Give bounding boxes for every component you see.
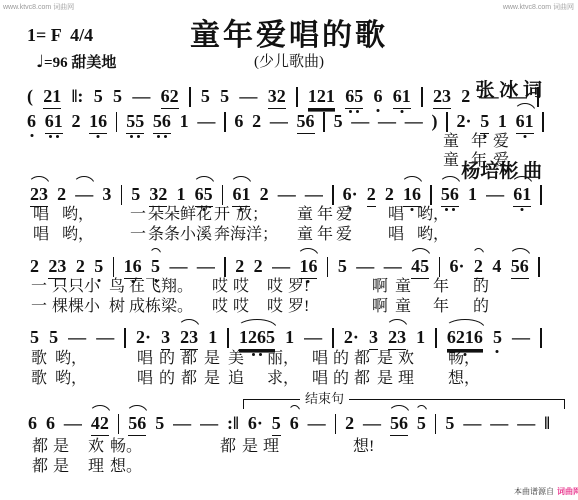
- note-token: —: [68, 327, 86, 348]
- note-token: —: [200, 413, 218, 434]
- note-token: 6216: [447, 327, 483, 350]
- note-token: 1: [285, 327, 294, 348]
- lyric-text: 的: [333, 370, 349, 387]
- barline: [435, 328, 437, 348]
- notation-line: (21‖:55—6255—3212165661232——: [27, 86, 539, 110]
- note-token: 2: [254, 256, 263, 277]
- note-token: 5: [155, 413, 164, 434]
- note-token: —: [304, 327, 322, 348]
- lyric-text: 年: [471, 152, 487, 169]
- lyric-text: 是: [377, 350, 393, 367]
- barline: [335, 414, 337, 434]
- note-token: 23: [180, 327, 198, 350]
- notation-line: 66—42565——:‖6·56—2—5655———‖: [28, 413, 550, 437]
- barline: [327, 257, 329, 277]
- lyric-text: 奔海洋；: [214, 226, 278, 243]
- note-token: 2: [30, 256, 39, 277]
- barline: [421, 87, 423, 107]
- octave-dot: [521, 135, 528, 138]
- lyric-text: 爱: [493, 133, 509, 150]
- barline: [113, 257, 115, 277]
- note-token: 2: [260, 184, 269, 205]
- lyric-text: 一: [31, 298, 47, 315]
- note-token: 5: [94, 256, 103, 277]
- lyric-text: 美: [228, 350, 244, 367]
- lyric-text: 的: [159, 350, 175, 367]
- lyric-text: 是: [242, 438, 258, 455]
- note-token: —: [308, 413, 326, 434]
- note-token: —: [305, 184, 323, 205]
- note-token: 16: [89, 111, 107, 134]
- lyric-text: 棵棵小: [52, 298, 100, 315]
- lyric-text: 求，: [267, 370, 299, 387]
- lyric-text: 在飞翔。: [129, 278, 193, 295]
- note-token: 6·: [248, 413, 263, 434]
- lyric-text: 都: [32, 458, 48, 475]
- lyric-text: 唱: [137, 350, 153, 367]
- note-token: 56: [441, 184, 459, 207]
- octave-dot: [28, 134, 35, 137]
- lyric-text: 哎: [267, 298, 283, 315]
- note-token: 45: [411, 256, 429, 279]
- note-token: —: [239, 86, 257, 107]
- lyric-text: 年: [317, 226, 333, 243]
- source-note: 本曲谱源自: [514, 486, 554, 497]
- note-token: 5: [220, 86, 229, 107]
- barline: [332, 328, 334, 348]
- note-token: (: [27, 86, 33, 107]
- lyric-text: 想!: [353, 438, 374, 455]
- note-token: 61: [45, 111, 63, 134]
- note-token: 6·: [450, 256, 465, 277]
- lyric-text: 童: [443, 152, 459, 169]
- quarter-note-icon: ♩: [36, 52, 44, 72]
- note-token: —: [197, 111, 215, 132]
- note-token: 1: [468, 184, 477, 205]
- note-token: 2: [367, 184, 376, 207]
- note-token: —: [481, 86, 499, 107]
- note-token: 56: [153, 111, 171, 134]
- barline: [116, 112, 118, 132]
- note-token: 2: [57, 184, 66, 205]
- note-token: 16: [124, 256, 142, 279]
- note-token: 2: [345, 413, 354, 434]
- note-token: 5: [131, 184, 140, 205]
- lyric-text: 丽，: [267, 350, 299, 367]
- barline: [224, 257, 226, 277]
- note-token: 5: [334, 111, 343, 132]
- note-token: 16: [403, 184, 421, 207]
- lyric-text: 哎: [233, 298, 249, 315]
- note-token: —: [64, 413, 82, 434]
- note-token: —: [96, 327, 114, 348]
- lyric-text: 唱: [388, 206, 404, 223]
- octave-dot: [128, 135, 142, 138]
- note-token: 61: [516, 111, 534, 134]
- lyric-text: 哎: [212, 278, 228, 295]
- note-token: —: [356, 256, 374, 277]
- barline: [537, 87, 539, 107]
- lyric-text: 都: [181, 370, 197, 387]
- lyric-text: 一: [130, 206, 146, 223]
- lyric-text: 都: [181, 350, 197, 367]
- note-token: 1: [416, 327, 425, 348]
- barline: [189, 87, 191, 107]
- lyric-text: 畅，: [448, 350, 480, 367]
- octave-dot: [519, 208, 526, 211]
- lyric-text: 唱: [312, 370, 328, 387]
- note-token: —: [490, 413, 508, 434]
- source-site-link[interactable]: 词曲网: [557, 486, 578, 497]
- lyric-text: 唱: [312, 350, 328, 367]
- lyric-text: 理: [263, 438, 279, 455]
- note-token: —: [169, 256, 187, 277]
- note-token: 62: [161, 86, 179, 109]
- lyric-text: 唱: [137, 370, 153, 387]
- note-token: 2: [252, 111, 261, 132]
- barline: [540, 328, 542, 348]
- note-token: ): [431, 111, 437, 132]
- lyric-text: 罗!: [288, 278, 309, 295]
- note-token: 42: [91, 413, 109, 436]
- lyric-text: 鸟: [109, 278, 125, 295]
- octave-dot: [95, 135, 102, 138]
- note-token: 65: [195, 184, 213, 207]
- note-token: —: [278, 184, 296, 205]
- barline: [227, 328, 229, 348]
- lyric-text: 歌: [31, 350, 47, 367]
- lyric-text: 哎: [233, 278, 249, 295]
- lyric-text: 是: [53, 438, 69, 455]
- note-token: 3: [369, 327, 378, 350]
- note-token: —: [463, 413, 481, 434]
- note-token: 2: [461, 86, 470, 107]
- lyric-text: 哟，: [62, 206, 94, 223]
- lyric-text: 哟，: [62, 226, 94, 243]
- note-token: 1: [180, 111, 189, 132]
- note-token: 2: [235, 256, 244, 277]
- lyric-text: 啊: [372, 278, 388, 295]
- note-token: 1: [176, 184, 185, 205]
- note-token: —: [384, 256, 402, 277]
- note-token: —: [486, 184, 504, 205]
- lyric-text: 哟，: [417, 206, 449, 223]
- note-token: 2·: [136, 327, 151, 348]
- lyric-text: 是: [204, 370, 220, 387]
- note-token: —: [512, 327, 530, 348]
- note-token: :‖: [227, 413, 239, 434]
- lyric-text: 是: [53, 458, 69, 475]
- tempo-marking: ♩=96 甜美地: [36, 51, 116, 72]
- barline: [430, 185, 432, 205]
- lyric-text: 都: [354, 350, 370, 367]
- note-token: —: [378, 111, 396, 132]
- barline: [121, 185, 123, 205]
- lyric-text: 童: [297, 206, 313, 223]
- lyric-text: 欢: [88, 438, 104, 455]
- note-token: 5: [480, 111, 489, 134]
- lyric-text: 童: [395, 298, 411, 315]
- note-token: 61: [393, 86, 411, 109]
- note-token: 61: [232, 184, 250, 207]
- note-token: 32: [149, 184, 167, 207]
- lyric-text: 理: [398, 370, 414, 387]
- lyric-text: 都: [220, 438, 236, 455]
- barline: [124, 328, 126, 348]
- note-token: 2·: [344, 327, 359, 348]
- note-token: —: [173, 413, 191, 434]
- notation-line: 66121655561—62—565———)2·5161: [27, 111, 544, 135]
- note-token: 5: [338, 256, 347, 277]
- note-token: 5: [272, 413, 281, 436]
- note-token: 23: [433, 86, 451, 109]
- lyric-text: 童: [297, 226, 313, 243]
- barline: [538, 257, 540, 277]
- barline: [435, 414, 437, 434]
- note-token: —: [405, 111, 423, 132]
- note-token: 2: [385, 184, 394, 205]
- lyric-text: 理: [88, 458, 104, 475]
- barline: [224, 112, 226, 132]
- note-token: 56: [128, 413, 146, 436]
- note-token: 6: [46, 413, 55, 434]
- note-token: 3: [161, 327, 170, 350]
- lyric-text: 是: [377, 370, 393, 387]
- note-token: 2: [71, 111, 80, 132]
- barline: [332, 185, 334, 205]
- lyric-text: 哎: [267, 278, 283, 295]
- note-token: 56: [390, 413, 408, 436]
- lyric-text: 畅。: [110, 438, 142, 455]
- lyric-text: 的: [333, 350, 349, 367]
- octave-dot: [47, 135, 61, 138]
- note-token: 5: [493, 327, 502, 348]
- note-token: 56: [511, 256, 529, 279]
- notation-line: 22325165——22—165——456·2456: [30, 256, 540, 280]
- lyric-text: 爱: [336, 206, 352, 223]
- barline: [118, 414, 120, 434]
- note-token: 56: [297, 111, 315, 134]
- note-token: ‖:: [72, 86, 84, 107]
- note-token: —: [363, 413, 381, 434]
- note-token: 121: [308, 86, 335, 109]
- note-token: 23: [48, 256, 66, 279]
- note-token: 5: [30, 327, 39, 348]
- lyric-text: 都: [354, 370, 370, 387]
- note-token: —: [197, 256, 215, 277]
- note-token: ‖: [544, 413, 550, 434]
- lyric-text: 童: [443, 133, 459, 150]
- lyric-text: 爱: [493, 152, 509, 169]
- lyric-text: 是: [204, 350, 220, 367]
- note-token: 5: [113, 86, 122, 107]
- lyric-text: 的: [473, 298, 489, 315]
- barline: [439, 257, 441, 277]
- sheet-music-page: www.ktvc8.com 词曲网 www.ktvc8.com 词曲网 童年爱唱…: [0, 0, 578, 500]
- lyric-text: 成栋梁。: [129, 298, 193, 315]
- tempo-mood: 甜美地: [68, 55, 117, 71]
- note-token: —: [270, 111, 288, 132]
- note-token: 55: [126, 111, 144, 134]
- lyric-text: 爱: [336, 226, 352, 243]
- lyric-text: 童: [395, 278, 411, 295]
- note-token: 4: [492, 256, 501, 277]
- note-token: 61: [513, 184, 531, 207]
- note-token: 1: [498, 111, 507, 132]
- lyric-text: 年: [471, 133, 487, 150]
- note-token: —: [75, 184, 93, 205]
- note-token: 2·: [456, 111, 471, 132]
- note-token: 32: [268, 86, 286, 109]
- lyric-text: 的: [473, 278, 489, 295]
- note-token: 5: [445, 413, 454, 434]
- lyric-text: 一: [130, 226, 146, 243]
- lyric-text: 朵朵鲜花: [148, 206, 212, 223]
- note-token: 1265: [239, 327, 275, 350]
- notation-line: 232—3532165612——6·2216561—61: [30, 184, 542, 208]
- note-token: 3: [102, 184, 111, 205]
- note-token: 16: [299, 256, 317, 279]
- lyric-text: 开: [214, 206, 230, 223]
- note-token: 6·: [343, 184, 358, 205]
- note-token: 6: [27, 111, 36, 132]
- lyric-text: 想。: [110, 458, 142, 475]
- tempo-value: =96: [44, 55, 68, 71]
- note-token: 23: [388, 327, 406, 350]
- note-token: 23: [30, 184, 48, 207]
- ending-phrase-label: 结束句: [300, 391, 349, 406]
- note-token: 21: [43, 86, 61, 109]
- octave-dot: [250, 353, 264, 356]
- note-token: 6: [373, 86, 382, 107]
- note-token: 2: [76, 256, 85, 277]
- ending-phrase-bracket: [243, 399, 565, 409]
- barline: [323, 112, 325, 132]
- lyric-text: 哟，: [55, 370, 87, 387]
- note-token: 6: [290, 413, 299, 434]
- lyric-text: 年: [433, 278, 449, 295]
- octave-dot: [409, 208, 416, 211]
- barline: [446, 112, 448, 132]
- note-token: 5: [151, 256, 160, 277]
- lyric-text: 的: [159, 370, 175, 387]
- lyric-text: 想，: [448, 370, 480, 387]
- octave-dot: [494, 350, 501, 353]
- barline: [296, 87, 298, 107]
- note-token: 5: [201, 86, 210, 107]
- lyric-text: 追: [228, 370, 244, 387]
- lyric-text: 唱: [33, 206, 49, 223]
- lyric-text: 唱: [33, 226, 49, 243]
- note-token: 6: [28, 413, 37, 434]
- barline: [542, 112, 544, 132]
- lyric-text: 条条小溪: [148, 226, 212, 243]
- note-token: 1: [208, 327, 217, 348]
- lyric-text: 一: [31, 278, 47, 295]
- lyric-text: 哎: [212, 298, 228, 315]
- lyric-text: 只只小: [52, 278, 100, 295]
- notation-line: 55——2·323112651—2·323162165—: [30, 327, 542, 351]
- note-token: —: [132, 86, 150, 107]
- lyric-text: 歌: [31, 370, 47, 387]
- barline: [222, 185, 224, 205]
- lyric-text: 树: [109, 298, 125, 315]
- lyric-text: 年: [317, 206, 333, 223]
- lyric-text: 罗!: [288, 298, 309, 315]
- barline: [540, 185, 542, 205]
- note-token: 6: [234, 111, 243, 132]
- note-token: 5: [417, 413, 426, 434]
- lyric-text: 都: [32, 438, 48, 455]
- lyric-text: 啊: [372, 298, 388, 315]
- note-token: 65: [345, 86, 363, 109]
- lyric-text: 哟，: [417, 226, 449, 243]
- lyric-text: 年: [433, 298, 449, 315]
- note-token: 5: [94, 86, 103, 107]
- lyric-text: 唱: [388, 226, 404, 243]
- note-token: 2: [474, 256, 483, 279]
- note-token: 5: [49, 327, 58, 348]
- lyric-text: 哟，: [55, 350, 87, 367]
- lyric-text: 欢: [398, 350, 414, 367]
- note-token: —: [517, 413, 535, 434]
- note-token: —: [351, 111, 369, 132]
- octave-dot: [155, 135, 169, 138]
- lyric-text: 放；: [236, 206, 268, 223]
- note-token: —: [272, 256, 290, 277]
- key-time-signature: 1= F 4/4: [27, 25, 93, 46]
